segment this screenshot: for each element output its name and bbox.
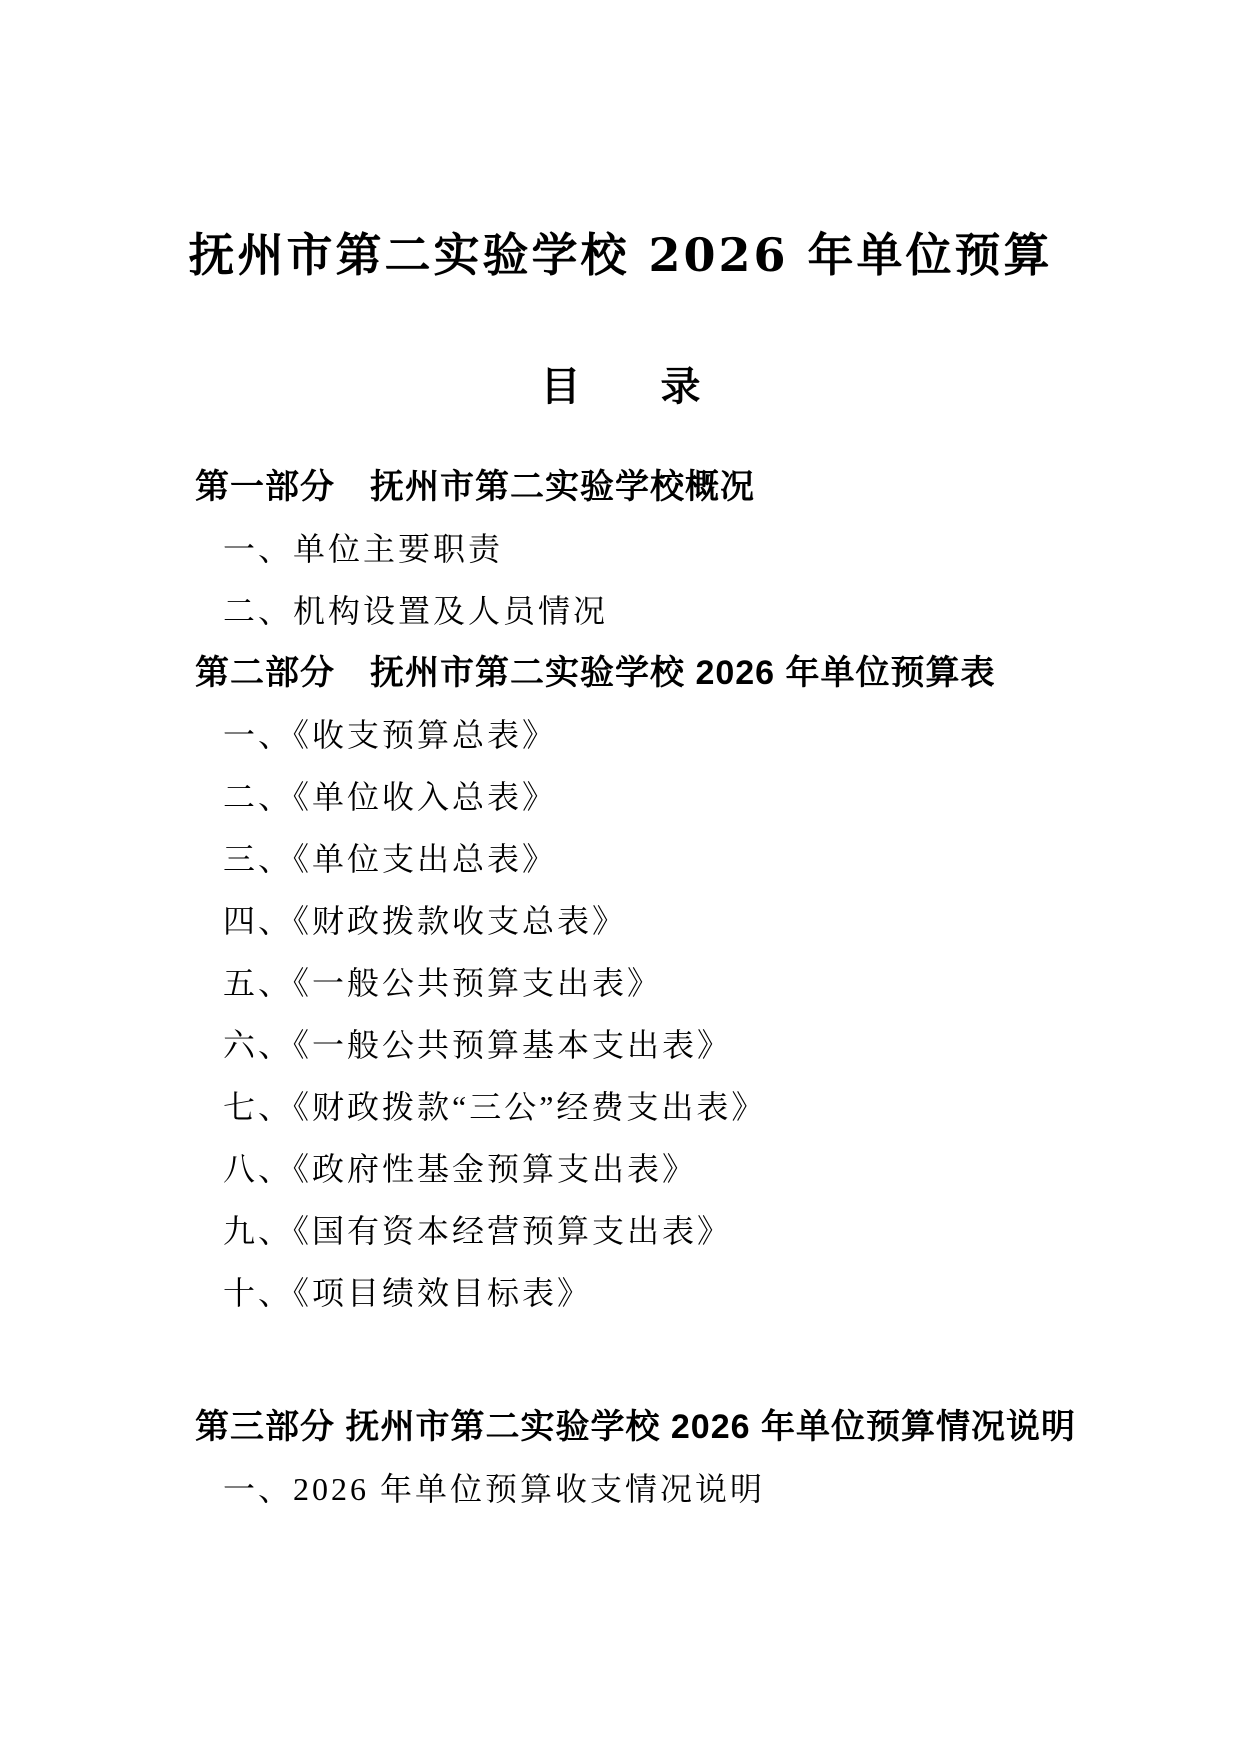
- toc-item: 二、《单位收入总表》: [195, 766, 1211, 828]
- toc-section-2-heading: 第二部分 抚州市第二实验学校 2026 年单位预算表: [195, 642, 1211, 704]
- toc-section-3-heading: 第三部分 抚州市第二实验学校 2026 年单位预算情况说明: [195, 1396, 1211, 1458]
- toc-heading: 目 录: [0, 356, 1241, 418]
- table-of-contents: 第一部分 抚州市第二实验学校概况 一、单位主要职责 二、机构设置及人员情况 第二…: [195, 456, 1211, 1520]
- toc-item: 一、2026 年单位预算收支情况说明: [195, 1458, 1211, 1520]
- toc-section-1-heading: 第一部分 抚州市第二实验学校概况: [195, 456, 1211, 518]
- toc-item: 一、单位主要职责: [195, 518, 1211, 580]
- document-page: 抚州市第二实验学校 2026 年单位预算 目 录 第一部分 抚州市第二实验学校概…: [0, 0, 1241, 1754]
- toc-item: 五、《一般公共预算支出表》: [195, 952, 1211, 1014]
- document-title: 抚州市第二实验学校 2026 年单位预算: [0, 222, 1241, 288]
- toc-item: 六、《一般公共预算基本支出表》: [195, 1014, 1211, 1076]
- toc-item: 二、机构设置及人员情况: [195, 580, 1211, 642]
- toc-item: 八、《政府性基金预算支出表》: [195, 1138, 1211, 1200]
- toc-item: 七、《财政拨款“三公”经费支出表》: [195, 1076, 1211, 1138]
- toc-item: 十、《项目绩效目标表》: [195, 1262, 1211, 1324]
- toc-item: 九、《国有资本经营预算支出表》: [195, 1200, 1211, 1262]
- toc-item: 三、《单位支出总表》: [195, 828, 1211, 890]
- toc-item: 一、《收支预算总表》: [195, 704, 1211, 766]
- toc-item: 四、《财政拨款收支总表》: [195, 890, 1211, 952]
